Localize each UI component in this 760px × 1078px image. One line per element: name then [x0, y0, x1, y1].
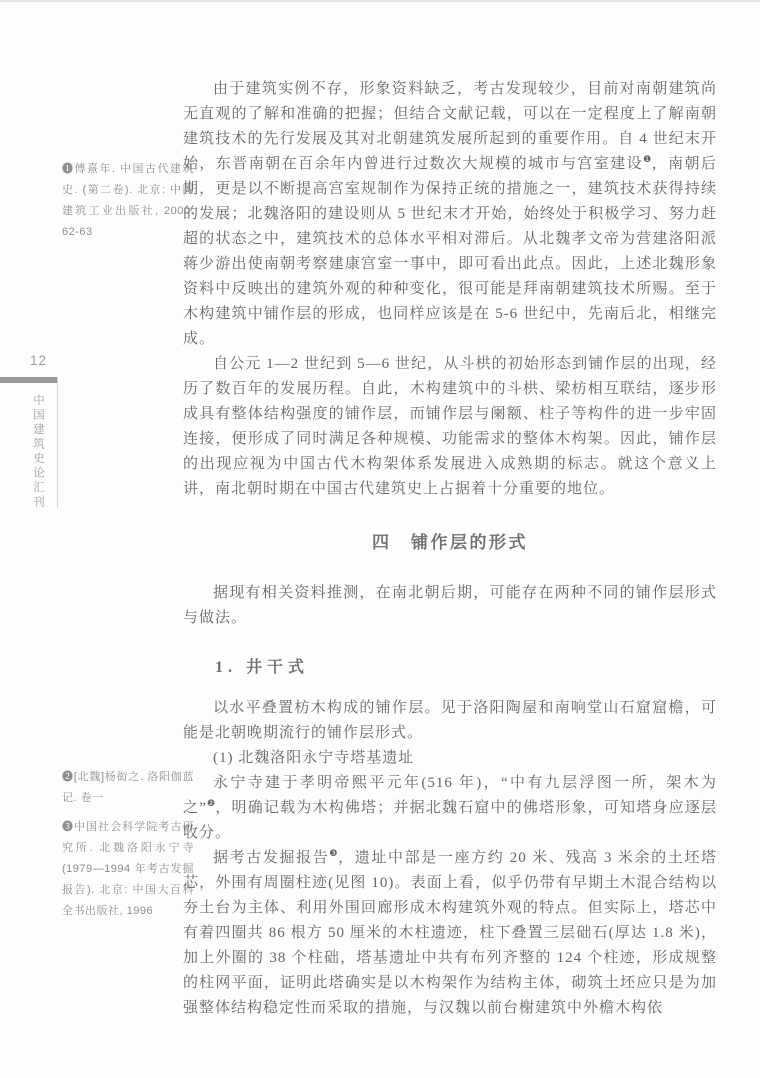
- paragraph-5: (1) 北魏洛阳永宁寺塔基遗址: [183, 746, 717, 771]
- subsection-heading: 1. 井干式: [183, 655, 717, 680]
- page-number: 12: [30, 353, 47, 368]
- footnote-2: ❷[北魏]杨衒之. 洛阳伽蓝记. 卷一: [62, 767, 194, 809]
- sidebar-rule-bar: [0, 377, 58, 383]
- footnote-1: ❶傅熹年. 中国古代建筑史. (第二卷). 北京: 中国建筑工业出版社, 200…: [62, 159, 194, 243]
- sidebar-rule-line: [57, 377, 58, 508]
- paragraph-3: 据现有相关资料推测，在南北朝后期，可能存在两种不同的铺作层形式与做法。: [183, 581, 717, 631]
- paragraph-4: 以水平叠置枋木构成的铺作层。见于洛阳陶屋和南响堂山石窟窟檐，可能是北朝晚期流行的…: [183, 696, 717, 746]
- footnote-3: ❸中国社会科学院考古研究所. 北魏洛阳永宁寺 (1979—1994 年考古发掘报…: [62, 817, 194, 922]
- paragraph-2: 自公元 1—2 世纪到 5—6 世纪，从斗栱的初始形态到铺作层的出现，经历了数百…: [183, 352, 717, 502]
- book-page: ❶傅熹年. 中国古代建筑史. (第二卷). 北京: 中国建筑工业出版社, 200…: [0, 0, 760, 1078]
- paragraph-7: 据考古发掘报告❸，遗址中部是一座方约 20 米、残高 3 米余的土坯塔芯，外围有…: [183, 846, 717, 1021]
- paragraph-1: 由于建筑实例不存，形象资料缺乏，考古发现较少，目前对南朝建筑尚无直观的了解和准确…: [183, 77, 717, 352]
- footnote-ref-mark: ❷: [207, 798, 215, 808]
- footnote-ref-mark: ❸: [329, 848, 338, 858]
- footnote-ref-mark: ❶: [643, 154, 652, 164]
- journal-title-vertical: 中国建筑史论汇刊: [30, 394, 46, 510]
- main-text-column: 由于建筑实例不存，形象资料缺乏，考古发现较少，目前对南朝建筑尚无直观的了解和准确…: [183, 77, 717, 1021]
- paragraph-6: 永宁寺建于孝明帝熙平元年(516 年)，“中有九层浮图一所，架木为之”❷，明确记…: [183, 771, 717, 846]
- section-heading: 四 铺作层的形式: [183, 530, 717, 555]
